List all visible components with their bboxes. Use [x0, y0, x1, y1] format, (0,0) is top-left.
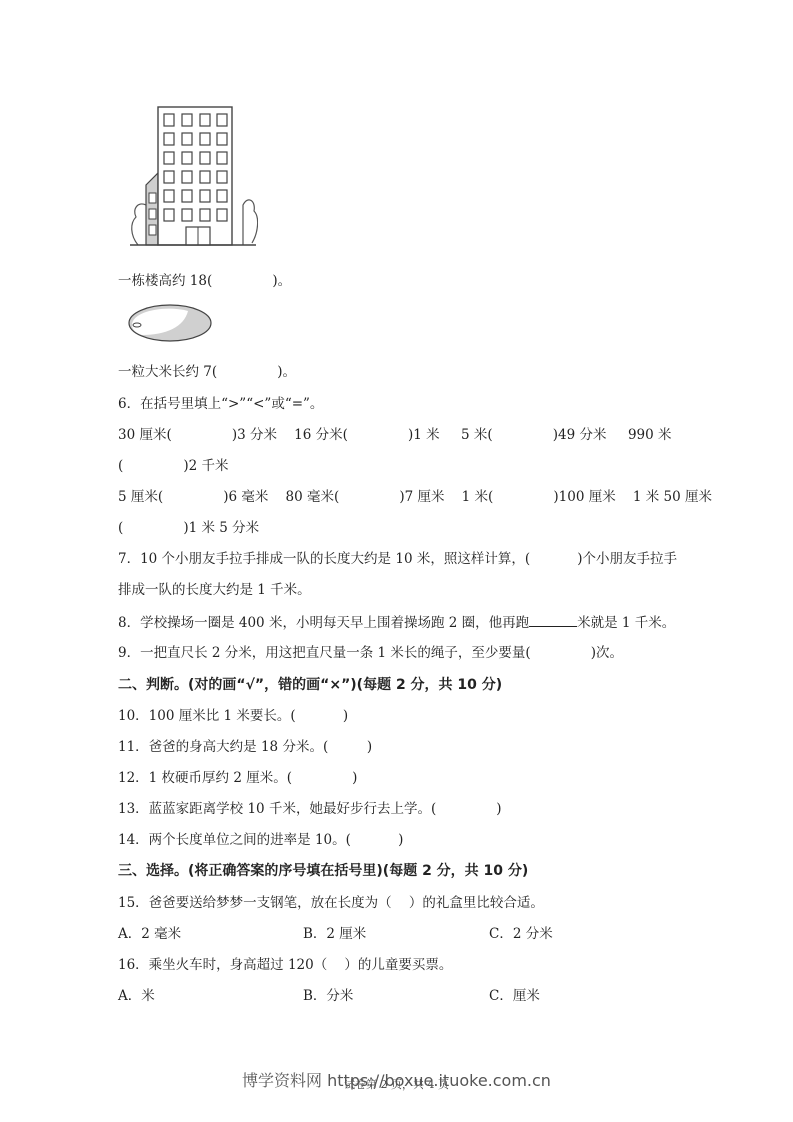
section-2-title: 二、判断。(对的画“√”，错的画“×”)(每题 2 分，共 10 分) [118, 676, 502, 694]
option-15-b: B．2 厘米 [303, 925, 366, 943]
question-8: 8．学校操场一圈是 400 米，小明每天早上围着操场跑 2 圈，他再跑米就是 1… [118, 612, 675, 632]
question-14: 14．两个长度单位之间的进率是 10。( ) [118, 831, 403, 849]
question-9: 9．一把直尺长 2 分米，用这把直尺量一条 1 米长的绳子，至少要量( )次。 [118, 644, 623, 662]
question-7-line-1: 7．10 个小朋友手拉手排成一队的长度大约是 10 米，照这样计算，( )个小朋… [118, 550, 677, 568]
question-6-row-3: 5 厘米( )6 毫米 80 毫米( )7 厘米 1 米( )100 厘米 1 … [118, 488, 712, 506]
question-6-title: 6．在括号里填上“>”“<”或“=”。 [118, 395, 323, 413]
question-12: 12．1 枚硬币厚约 2 厘米。( ) [118, 769, 357, 787]
question-11: 11．爸爸的身高大约是 18 分米。( ) [118, 738, 372, 756]
question-6-row-1: 30 厘米( )3 分米 16 分米( )1 米 5 米( )49 分米 990… [118, 426, 672, 444]
question-building-height: 一栋楼高约 18( )。 [118, 272, 291, 290]
question-13: 13．蓝蓝家距离学校 10 千米，她最好步行去上学。( ) [118, 800, 502, 818]
rice-grain-illustration [126, 303, 216, 345]
question-10: 10．100 厘米比 1 米要长。( ) [118, 707, 348, 725]
option-16-c: C．厘米 [489, 987, 540, 1005]
question-8-after: 米就是 1 千米。 [577, 615, 675, 631]
question-6-row-4: ( )1 米 5 分米 [118, 519, 259, 537]
option-16-a: A．米 [118, 987, 155, 1005]
question-8-before: 8．学校操场一圈是 400 米，小明每天早上围着操场跑 2 圈，他再跑 [118, 615, 529, 631]
question-15: 15．爸爸要送给梦梦一支钢笔，放在长度为（ ）的礼盒里比较合适。 [118, 894, 544, 912]
option-15-c: C．2 分米 [489, 925, 553, 943]
answer-blank [529, 612, 577, 627]
question-6-row-2: ( )2 千米 [118, 457, 229, 475]
section-3-title: 三、选择。(将正确答案的序号填在括号里)(每题 2 分，共 10 分) [118, 862, 528, 880]
question-16: 16．乘坐火车时，身高超过 120（ ）的儿童要买票。 [118, 956, 452, 974]
watermark-bar: 博学资料网 https://boxue.ituoke.com.cn [0, 1068, 793, 1091]
question-7-line-2: 排成一队的长度大约是 1 千米。 [118, 581, 311, 599]
option-16-b: B．分米 [303, 987, 353, 1005]
question-rice-length: 一粒大米长约 7( )。 [118, 363, 296, 381]
option-15-a: A．2 毫米 [118, 925, 181, 943]
watermark: 博学资料网 https://boxue.ituoke.com.cn [242, 1071, 551, 1090]
building-illustration [128, 105, 258, 250]
